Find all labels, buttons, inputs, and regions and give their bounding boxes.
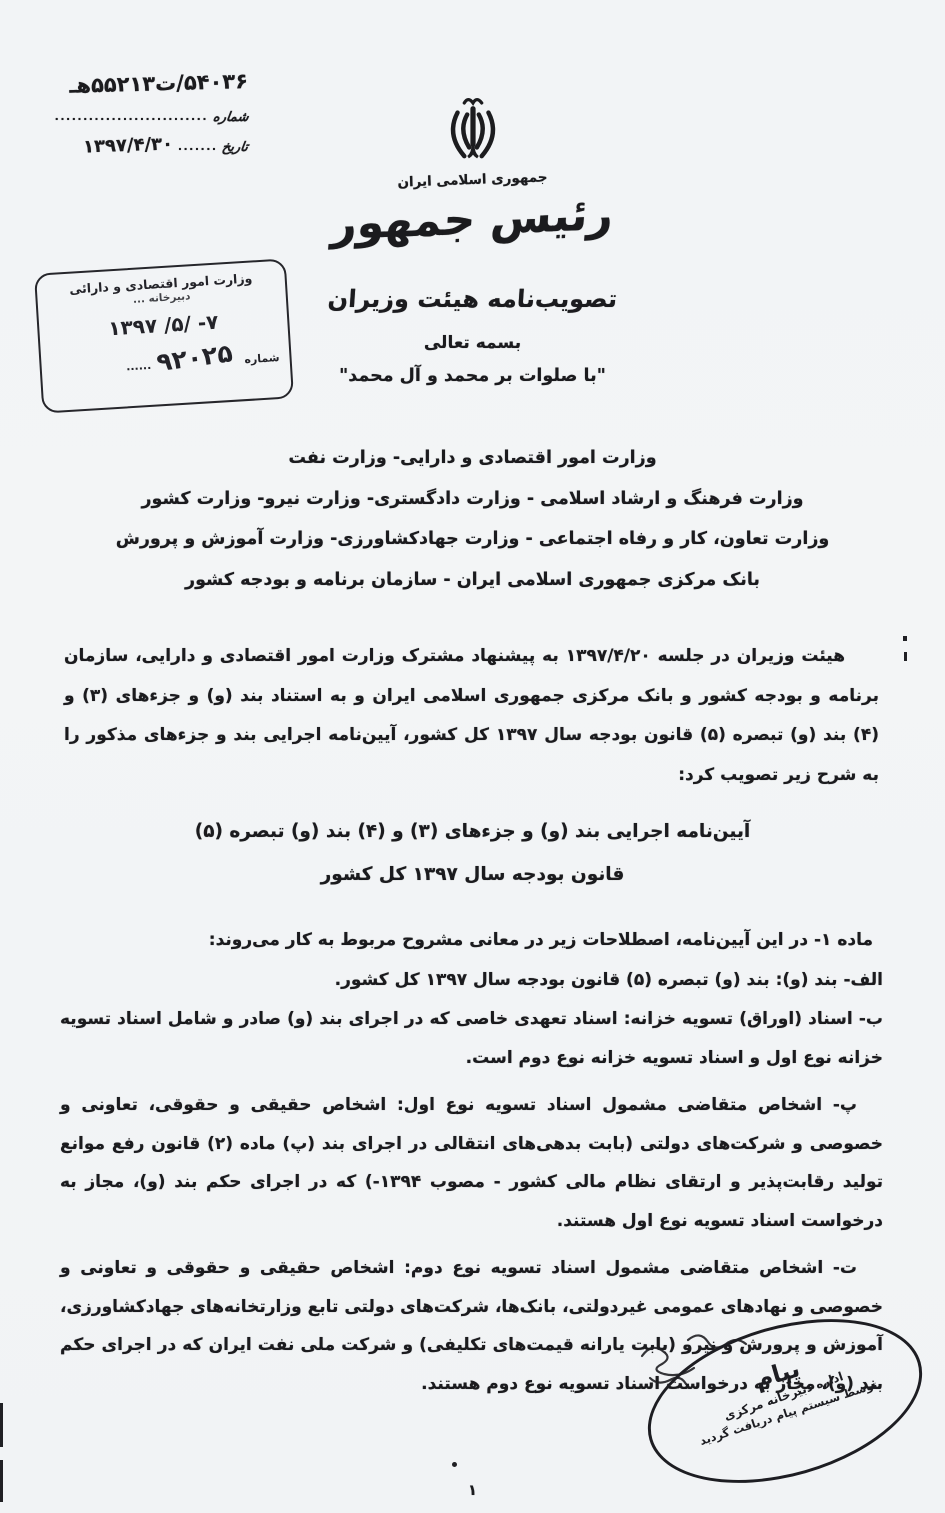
scan-artifact: [452, 1462, 457, 1467]
scan-artifact: [904, 652, 907, 661]
stamp-date: ۱۳۹۷ /۵/ -۷: [49, 306, 278, 344]
page-number: ۱: [0, 1481, 945, 1499]
article-1-item-be: ب- اسناد (اوراق) تسویه خزانه: اسناد تعهد…: [60, 1000, 883, 1077]
iran-emblem-icon: [0, 96, 945, 170]
addressee-line: وزارت فرهنگ و ارشاد اسلامی - وزارت دادگس…: [0, 479, 945, 520]
decree-intro-paragraph: هیئت وزیران در جلسه ۱۳۹۷/۴/۲۰ به پیشنهاد…: [64, 637, 879, 795]
article-1-intro: ماده ۱- در این آیین‌نامه، اصطلاحات زیر د…: [60, 921, 883, 960]
article-1-item-pe: پ- اشخاص متقاضی مشمول اسناد تسویه نوع او…: [60, 1086, 883, 1240]
addressee-line: بانک مرکزی جمهوری اسلامی ایران - سازمان …: [0, 560, 945, 601]
regulation-title: آیین‌نامه اجرایی بند (و) و جزءهای (۳) و …: [0, 810, 945, 896]
stamp-number-value: ۹۲۰۲۵: [155, 338, 234, 377]
scanned-document-page: ۵۴۰۳۶/ت۵۵۲۱۳هـ شماره ...................…: [0, 0, 945, 1513]
addressee-line: وزارت امور اقتصادی و دارایی- وزارت نفت: [0, 438, 945, 479]
stamp-number-line: شماره ۹۲۰۲۵ ......: [51, 338, 280, 381]
scan-artifact: [903, 636, 907, 641]
regulation-title-line1: آیین‌نامه اجرایی بند (و) و جزءهای (۳) و …: [0, 810, 945, 853]
stamp-number-label: شماره: [244, 351, 280, 366]
stamp-number-dots: ......: [126, 359, 152, 374]
ministry-receipt-stamp: وزارت امور اقتصادی و دارائی دبیرخانه ...…: [34, 258, 294, 413]
addressee-list: وزارت امور اقتصادی و دارایی- وزارت نفت و…: [0, 438, 945, 600]
scan-artifact: [0, 1403, 3, 1447]
article-1-item-alef: الف- بند (و): بند (و) تبصره (۵) قانون بو…: [60, 961, 883, 1000]
regulation-title-line2: قانون بودجه سال ۱۳۹۷ کل کشور: [0, 853, 945, 896]
document-number: ۵۴۰۳۶/ت۵۵۲۱۳هـ: [26, 69, 249, 99]
scan-artifact: [0, 1460, 3, 1502]
addressee-line: وزارت تعاون، کار و رفاه اجتماعی - وزارت …: [0, 519, 945, 560]
